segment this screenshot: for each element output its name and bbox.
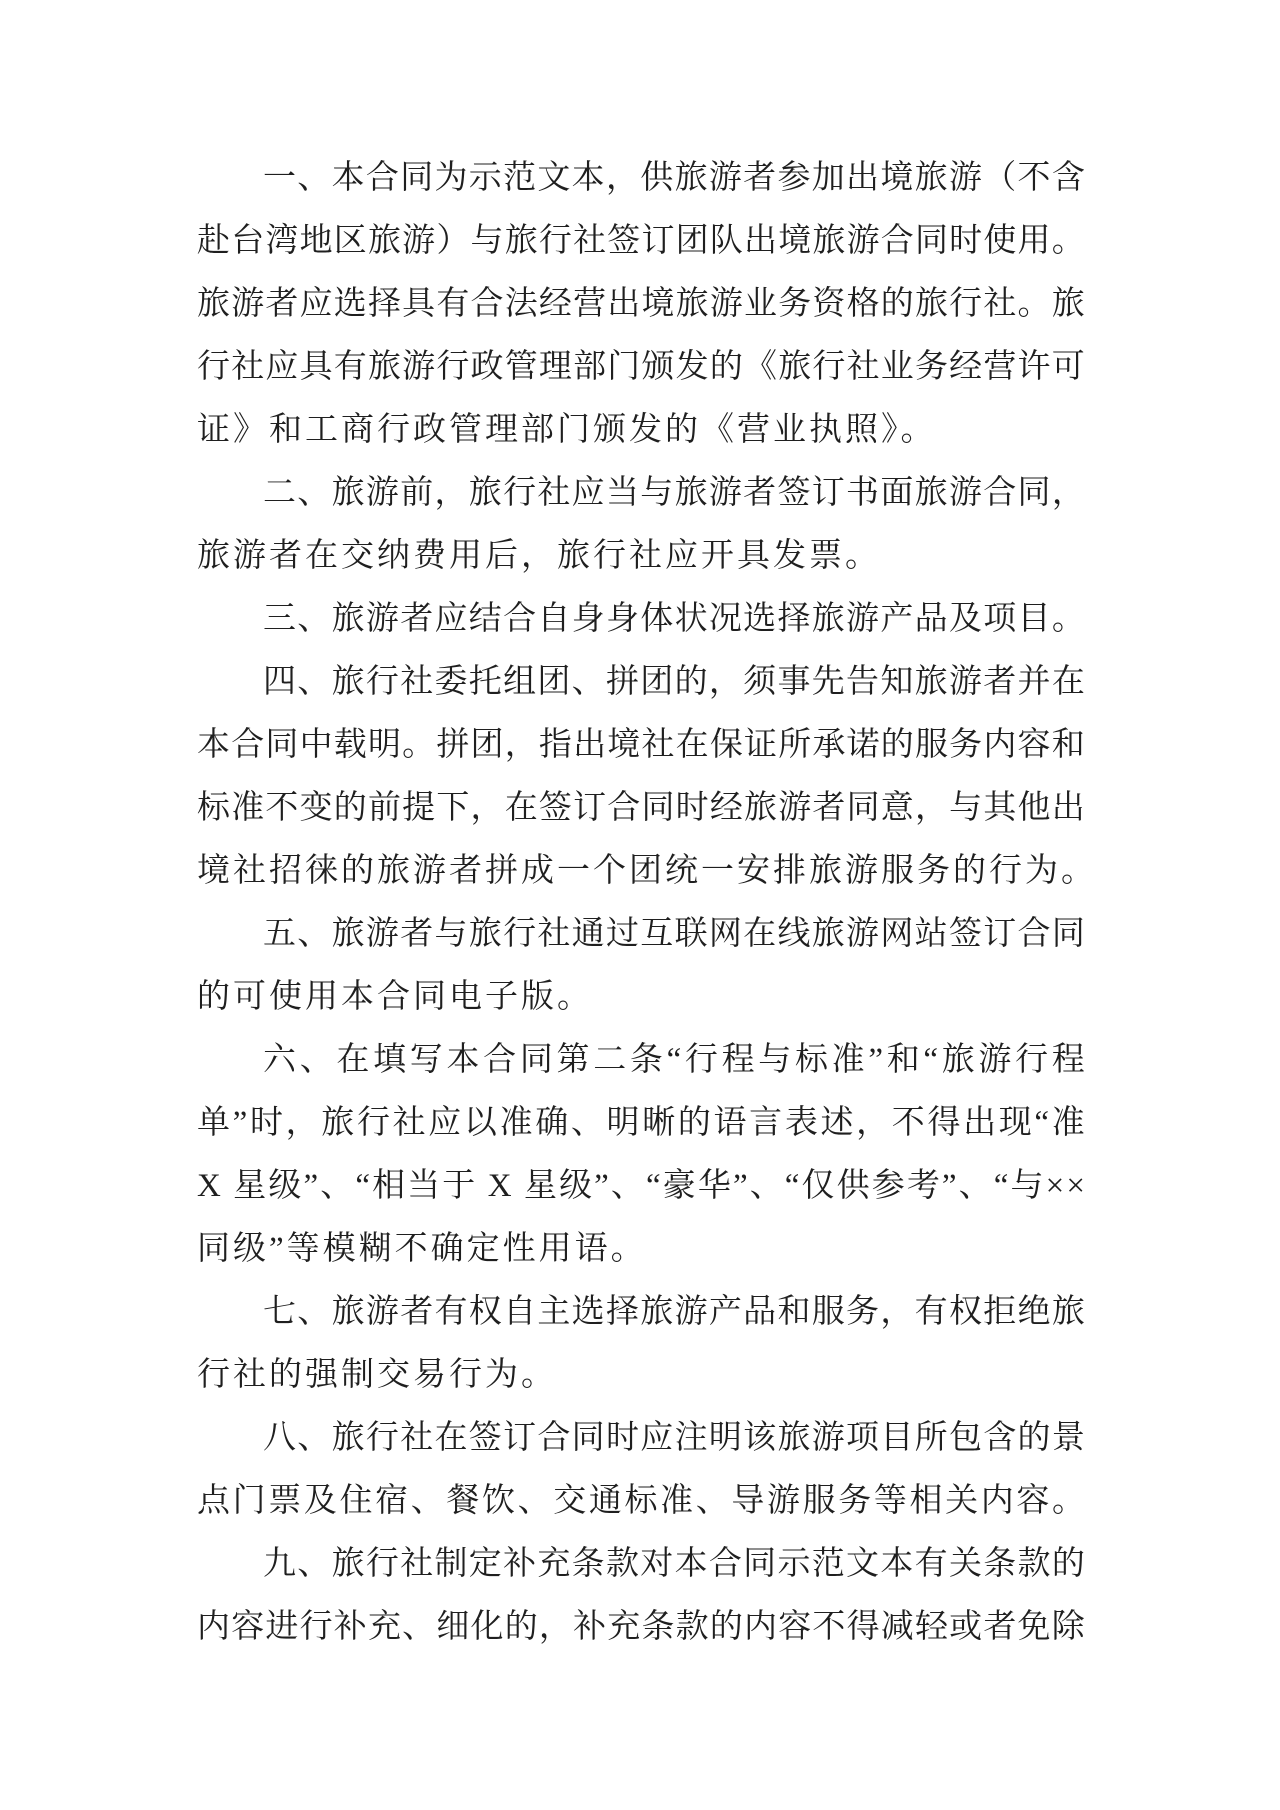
document-body: 一、本合同为示范文本，供旅游者参加出境旅游（不含赴台湾地区旅游）与旅行社签订团队… [197,147,1085,1659]
text-line: 行社的强制交易行为。 [197,1344,1085,1407]
text-line: 赴台湾地区旅游）与旅行社签订团队出境旅游合同时使用。 [197,210,1085,273]
text-line: 点门票及住宿、餐饮、交通标准、导游服务等相关内容。 [197,1470,1085,1533]
text-line: 本合同中载明。拼团，指出境社在保证所承诺的服务内容和 [197,714,1085,777]
text-line: 单”时，旅行社应以准确、明晰的语言表述，不得出现“准 [197,1092,1085,1155]
text-line: 证》和工商行政管理部门颁发的《营业执照》。 [197,399,1085,462]
paragraph-6: 六、在填写本合同第二条“行程与标准”和“旅游行程单”时，旅行社应以准确、明晰的语… [197,1029,1085,1281]
paragraph-7: 七、旅游者有权自主选择旅游产品和服务，有权拒绝旅行社的强制交易行为。 [197,1281,1085,1407]
text-line: 同级”等模糊不确定性用语。 [197,1218,1085,1281]
paragraph-1: 一、本合同为示范文本，供旅游者参加出境旅游（不含赴台湾地区旅游）与旅行社签订团队… [197,147,1085,462]
text-line: 八、旅行社在签订合同时应注明该旅游项目所包含的景 [197,1407,1085,1470]
text-line: 五、旅游者与旅行社通过互联网在线旅游网站签订合同 [197,903,1085,966]
paragraph-8: 八、旅行社在签订合同时应注明该旅游项目所包含的景点门票及住宿、餐饮、交通标准、导… [197,1407,1085,1533]
text-line: 旅游者在交纳费用后，旅行社应开具发票。 [197,525,1085,588]
document-page: 一、本合同为示范文本，供旅游者参加出境旅游（不含赴台湾地区旅游）与旅行社签订团队… [0,0,1280,1810]
text-line: 的可使用本合同电子版。 [197,966,1085,1029]
paragraph-2: 二、旅游前，旅行社应当与旅游者签订书面旅游合同，旅游者在交纳费用后，旅行社应开具… [197,462,1085,588]
text-line: X 星级”、“相当于 X 星级”、“豪华”、“仅供参考”、“与×× [197,1155,1085,1218]
text-line: 境社招徕的旅游者拼成一个团统一安排旅游服务的行为。 [197,840,1085,903]
text-line: 内容进行补充、细化的，补充条款的内容不得减轻或者免除 [197,1596,1085,1659]
paragraph-3: 三、旅游者应结合自身身体状况选择旅游产品及项目。 [197,588,1085,651]
paragraph-5: 五、旅游者与旅行社通过互联网在线旅游网站签订合同的可使用本合同电子版。 [197,903,1085,1029]
paragraph-4: 四、旅行社委托组团、拼团的，须事先告知旅游者并在本合同中载明。拼团，指出境社在保… [197,651,1085,903]
paragraph-9: 九、旅行社制定补充条款对本合同示范文本有关条款的内容进行补充、细化的，补充条款的… [197,1533,1085,1659]
text-line: 行社应具有旅游行政管理部门颁发的《旅行社业务经营许可 [197,336,1085,399]
text-line: 一、本合同为示范文本，供旅游者参加出境旅游（不含 [197,147,1085,210]
text-line: 六、在填写本合同第二条“行程与标准”和“旅游行程 [197,1029,1085,1092]
text-line: 四、旅行社委托组团、拼团的，须事先告知旅游者并在 [197,651,1085,714]
text-line: 七、旅游者有权自主选择旅游产品和服务，有权拒绝旅 [197,1281,1085,1344]
text-line: 三、旅游者应结合自身身体状况选择旅游产品及项目。 [197,588,1085,651]
text-line: 标准不变的前提下，在签订合同时经旅游者同意，与其他出 [197,777,1085,840]
text-line: 九、旅行社制定补充条款对本合同示范文本有关条款的 [197,1533,1085,1596]
text-line: 旅游者应选择具有合法经营出境旅游业务资格的旅行社。旅 [197,273,1085,336]
text-line: 二、旅游前，旅行社应当与旅游者签订书面旅游合同， [197,462,1085,525]
